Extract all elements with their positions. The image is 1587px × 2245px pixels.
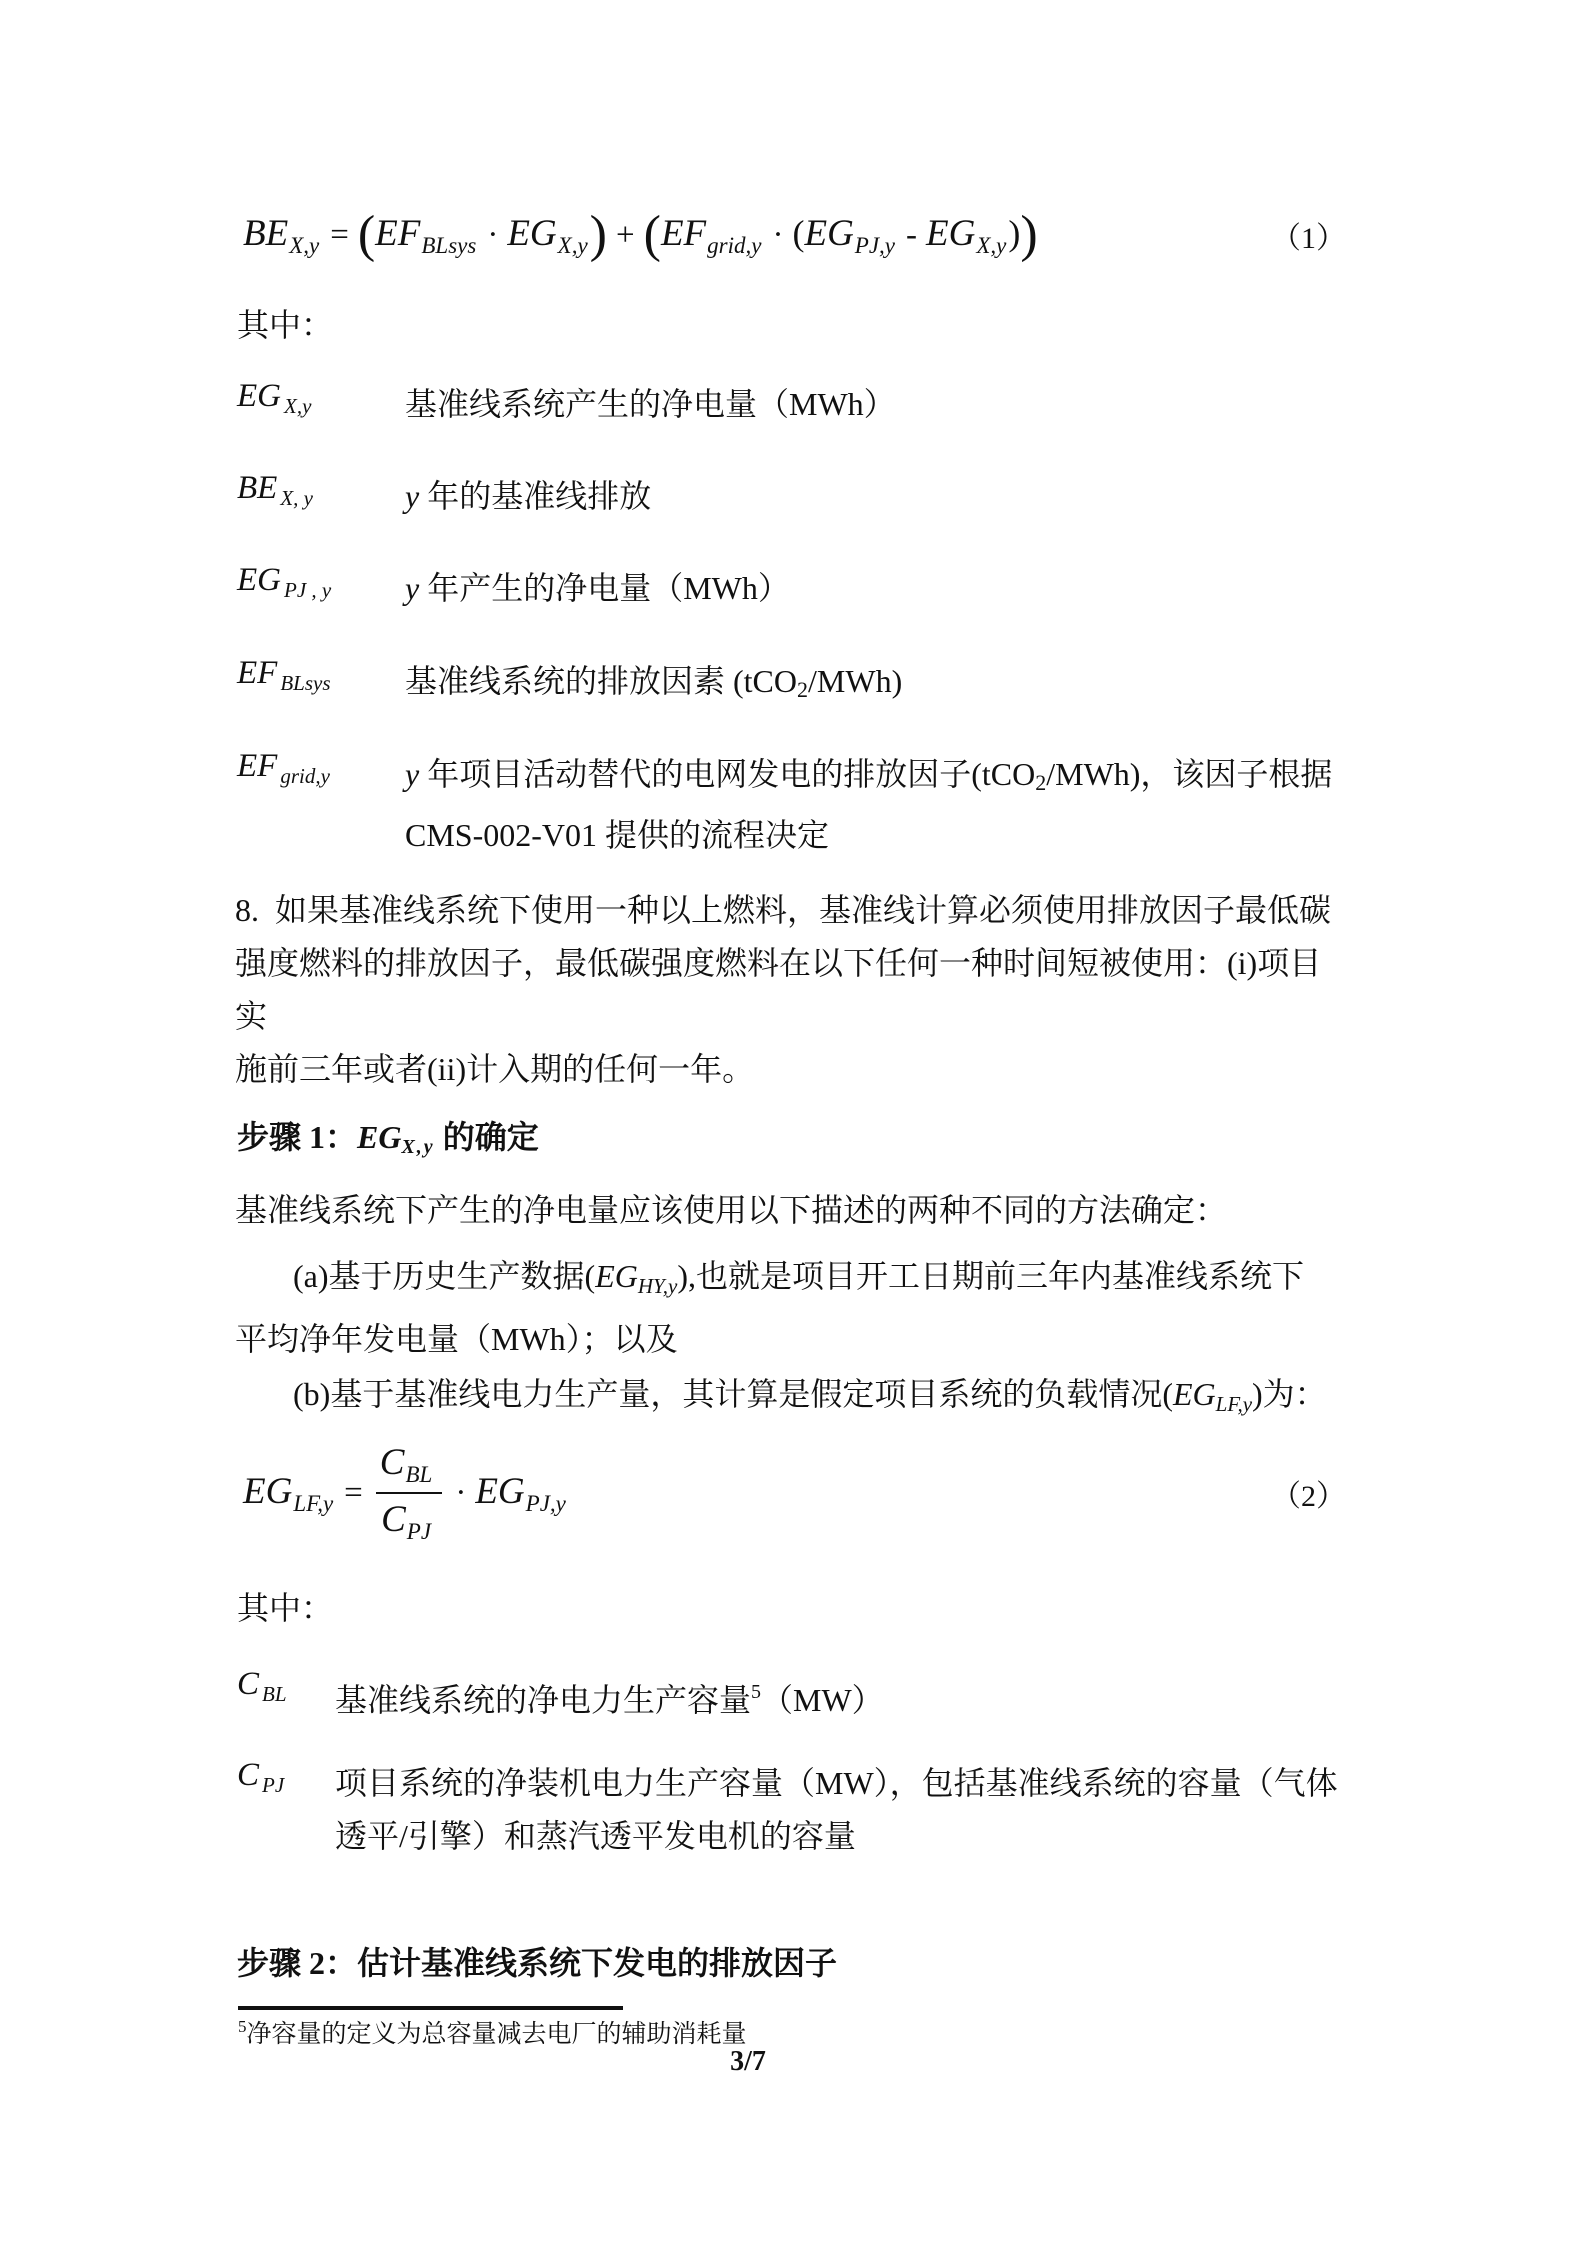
equation-number-2: （2） <box>1271 1471 1346 1515</box>
page-number: 3/7 <box>698 2046 798 2078</box>
definition-row: CBL 基准线系统的净电力生产容量5（MW） <box>237 1666 884 1727</box>
formula-1: BEX,y=(EFBLsys·EGX,y)+(EFgrid,y·(EGPJ,y-… <box>243 205 1358 264</box>
document-page: BEX,y=(EFBLsys·EGX,y)+(EFgrid,y·(EGPJ,y-… <box>0 0 1587 2245</box>
definition-row: BEX, y y 年的基准线排放 <box>237 470 651 523</box>
definition-text: 基准线系统产生的净电量（MWh） <box>405 378 896 431</box>
step-1-intro: 基准线系统下产生的净电量应该使用以下描述的两种不同的方法确定： <box>235 1184 1353 1237</box>
definition-term: EFgrid,y <box>237 748 405 789</box>
numerator-base: C <box>380 1442 405 1483</box>
definition-text: y 年项目活动替代的电网发电的排放因子(tCO2/MWh)，该因子根据CMS-0… <box>405 748 1332 862</box>
definition-row: CPJ 项目系统的净装机电力生产容量（MW），包括基准线系统的容量（气体透平/引… <box>237 1757 1338 1863</box>
step-1-heading: 步骤 1：EGX,y 的确定 <box>237 1112 539 1159</box>
definition-term: BEX, y <box>237 470 405 511</box>
formula-2-lhs-base: EG <box>243 1471 292 1512</box>
equation-number-1: （1） <box>1271 213 1346 257</box>
definition-text: y 年产生的净电量（MWh） <box>405 562 790 615</box>
definition-row: EFgrid,y y 年项目活动替代的电网发电的排放因子(tCO2/MWh)，该… <box>237 748 1332 862</box>
equals-sign: = <box>344 1475 363 1511</box>
denominator-sub: PJ <box>407 1519 431 1544</box>
paragraph-8: 8. 如果基准线系统下使用一种以上燃料，基准线计算必须使用排放因子最低碳强度燃料… <box>235 884 1353 1096</box>
item-a: (a)基于历史生产数据(EGHY,y),也就是项目开工日期前三年内基准线系统下平… <box>235 1250 1353 1366</box>
formula-2: EGLF,y= CBL CPJ ·EGPJ,y （2） <box>243 1438 1358 1548</box>
step-2-heading: 步骤 2：估计基准线系统下发电的排放因子 <box>237 1938 837 1984</box>
footnote-text: 5净容量的定义为总容量减去电厂的辅助消耗量 <box>238 2014 747 2050</box>
definition-term: EGPJ , y <box>237 562 405 603</box>
denominator-base: C <box>381 1499 406 1540</box>
definition-row: EGX,y 基准线系统产生的净电量（MWh） <box>237 378 896 431</box>
definition-text: 基准线系统的排放因素 (tCO2/MWh) <box>405 655 902 716</box>
formula-2-lhs: EGLF,y= <box>243 1470 372 1517</box>
where-label-2: 其中： <box>237 1583 333 1629</box>
definition-row: EGPJ , y y 年产生的净电量（MWh） <box>237 562 790 615</box>
definition-term: EGX,y <box>237 378 405 419</box>
definition-term: EFBLsys <box>237 655 405 696</box>
definition-term: CBL <box>237 1666 335 1707</box>
dot-operator: · <box>455 1475 466 1511</box>
formula-2-rhs-base: EG <box>475 1471 524 1512</box>
definition-term: CPJ <box>237 1757 335 1798</box>
definition-text: 基准线系统的净电力生产容量5（MW） <box>335 1666 884 1727</box>
fraction-numerator: CBL <box>376 1441 443 1494</box>
formula-1-expression: BEX,y=(EFBLsys·EGX,y)+(EFgrid,y·(EGPJ,y-… <box>243 232 1038 249</box>
fraction-denominator: CPJ <box>376 1494 443 1545</box>
formula-2-rhs: ·EGPJ,y <box>446 1470 568 1517</box>
footnote-divider <box>238 2006 623 2010</box>
definition-text: y 年的基准线排放 <box>405 470 651 523</box>
definition-text: 项目系统的净装机电力生产容量（MW），包括基准线系统的容量（气体透平/引擎）和蒸… <box>335 1757 1338 1863</box>
definition-row: EFBLsys 基准线系统的排放因素 (tCO2/MWh) <box>237 655 902 716</box>
fraction: CBL CPJ <box>376 1441 443 1545</box>
item-b: (b)基于基准线电力生产量，其计算是假定项目系统的负载情况(EGLF,y)为： <box>235 1368 1353 1431</box>
formula-2-lhs-sub: LF,y <box>293 1491 333 1516</box>
formula-2-rhs-sub: PJ,y <box>526 1491 566 1516</box>
where-label-1: 其中： <box>237 300 333 346</box>
numerator-sub: BL <box>405 1462 432 1487</box>
